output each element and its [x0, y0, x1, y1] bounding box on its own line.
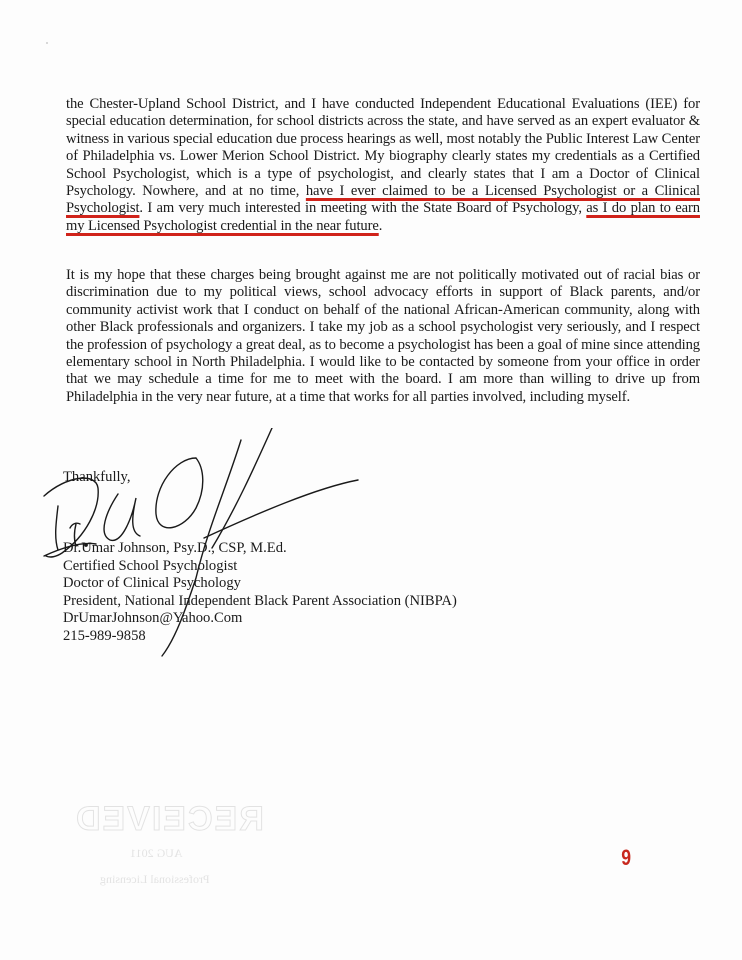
signer-email: DrUmarJohnson@Yahoo.Com — [63, 610, 457, 628]
signer-phone: 215-989-9858 — [63, 628, 457, 646]
stamp-office: Professional Licensing — [100, 872, 210, 887]
page-number: 9 — [621, 845, 631, 871]
signer-name: Dr.Umar Johnson, Psy.D., CSP, M.Ed. — [63, 540, 457, 558]
stamp-date: AUG 2011 — [130, 846, 183, 861]
paragraph-text: . I am very much interested in meeting w… — [139, 200, 581, 216]
body-paragraph-1: the Chester-Upland School District, and … — [66, 96, 700, 235]
body-paragraph-2: It is my hope that these charges being b… — [66, 267, 700, 406]
document-page: the Chester-Upland School District, and … — [0, 0, 742, 960]
scan-speck — [46, 42, 48, 44]
signer-title-2: Doctor of Clinical Psychology — [63, 575, 457, 593]
received-stamp: RECEIVED AUG 2011 Professional Licensing — [60, 780, 270, 900]
closing-salutation: Thankfully, — [63, 469, 131, 486]
signer-title-1: Certified School Psychologist — [63, 558, 457, 576]
signer-organization: President, National Independent Black Pa… — [63, 593, 457, 611]
paragraph-text: . — [379, 218, 383, 234]
signature-block: Dr.Umar Johnson, Psy.D., CSP, M.Ed. Cert… — [63, 540, 457, 646]
stamp-title: RECEIVED — [74, 800, 264, 839]
